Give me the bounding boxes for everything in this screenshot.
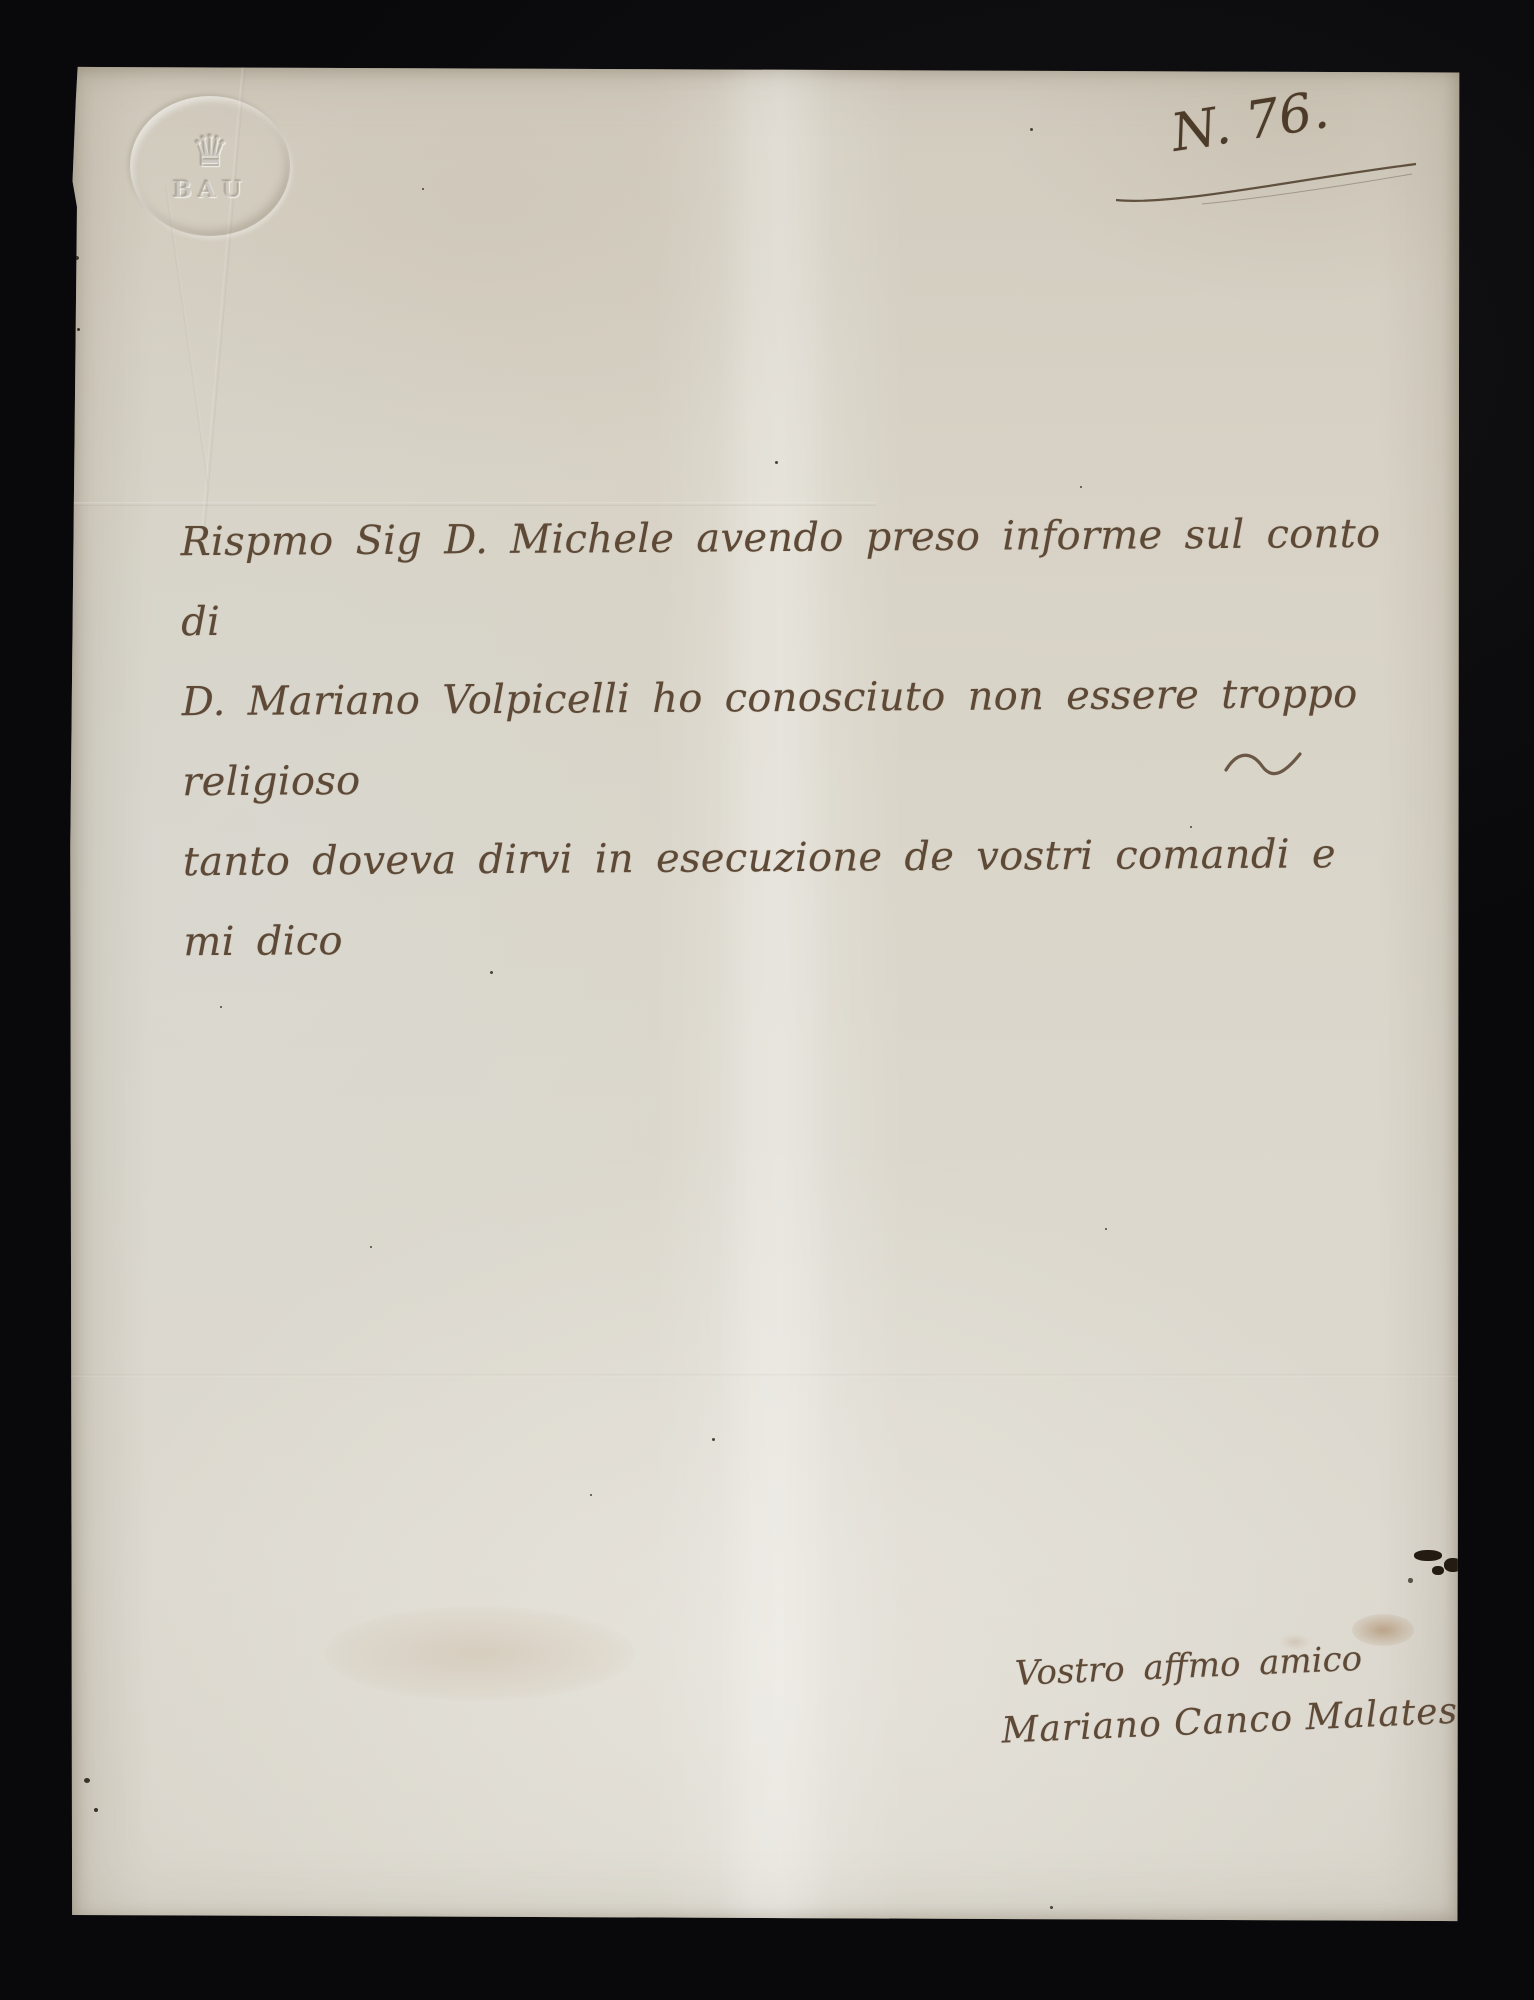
ink-blot — [1408, 1578, 1413, 1583]
flourish-squiggle — [1222, 744, 1306, 784]
edge-blemish — [77, 328, 80, 331]
ink-blot — [1444, 1558, 1462, 1572]
paper-speck — [1050, 1906, 1053, 1909]
paper-speck — [1080, 486, 1082, 488]
paper-speck — [370, 1246, 372, 1248]
seal-letters: BAU — [172, 176, 247, 203]
vertical-fold-crease — [718, 66, 833, 1922]
horizontal-fold-crease-lower — [70, 1374, 1460, 1377]
paper-speck — [712, 1438, 715, 1441]
reference-underline — [1112, 158, 1424, 206]
paper-speck — [775, 461, 778, 464]
paper-stain-bottom — [325, 1606, 635, 1701]
seal-crest-icon: ♛ — [190, 130, 229, 174]
embossed-seal: ♛ BAU — [130, 96, 290, 236]
paper-speck — [220, 1006, 222, 1008]
paper-speck — [422, 188, 424, 190]
paper-speck — [1105, 1228, 1107, 1230]
signature-name: Mariano Canco Malatesta Par. — [1001, 1685, 1534, 1751]
ink-blot-cluster — [1408, 1514, 1468, 1584]
ink-blot — [1414, 1550, 1442, 1561]
letter-body: Rispmo Sig D. Michele avendo preso infor… — [180, 494, 1393, 982]
body-line-2: D. Mariano Volpicelli ho conosciuto non … — [181, 654, 1392, 822]
letter-paper: ♛ BAU N. 76. Rispmo Sig D. Michele avend… — [70, 66, 1460, 1922]
paper-speck — [1030, 128, 1033, 131]
edge-blemish — [84, 1778, 90, 1783]
edge-blemish — [74, 256, 79, 260]
closing-salutation: Vostro affmo amico — [1014, 1629, 1534, 1694]
signature-block: Vostro affmo amico Mariano Canco Malates… — [998, 1629, 1534, 1751]
ink-blot — [1432, 1566, 1444, 1575]
ink-blot — [1462, 1572, 1469, 1578]
body-line-3: tanto doveva dirvi in esecuzione de vost… — [183, 814, 1394, 982]
paper-speck — [590, 1494, 592, 1496]
edge-blemish — [94, 1808, 98, 1812]
body-line-1: Rispmo Sig D. Michele avendo preso infor… — [180, 494, 1391, 662]
photo-canvas: ♛ BAU N. 76. Rispmo Sig D. Michele avend… — [0, 0, 1534, 2000]
